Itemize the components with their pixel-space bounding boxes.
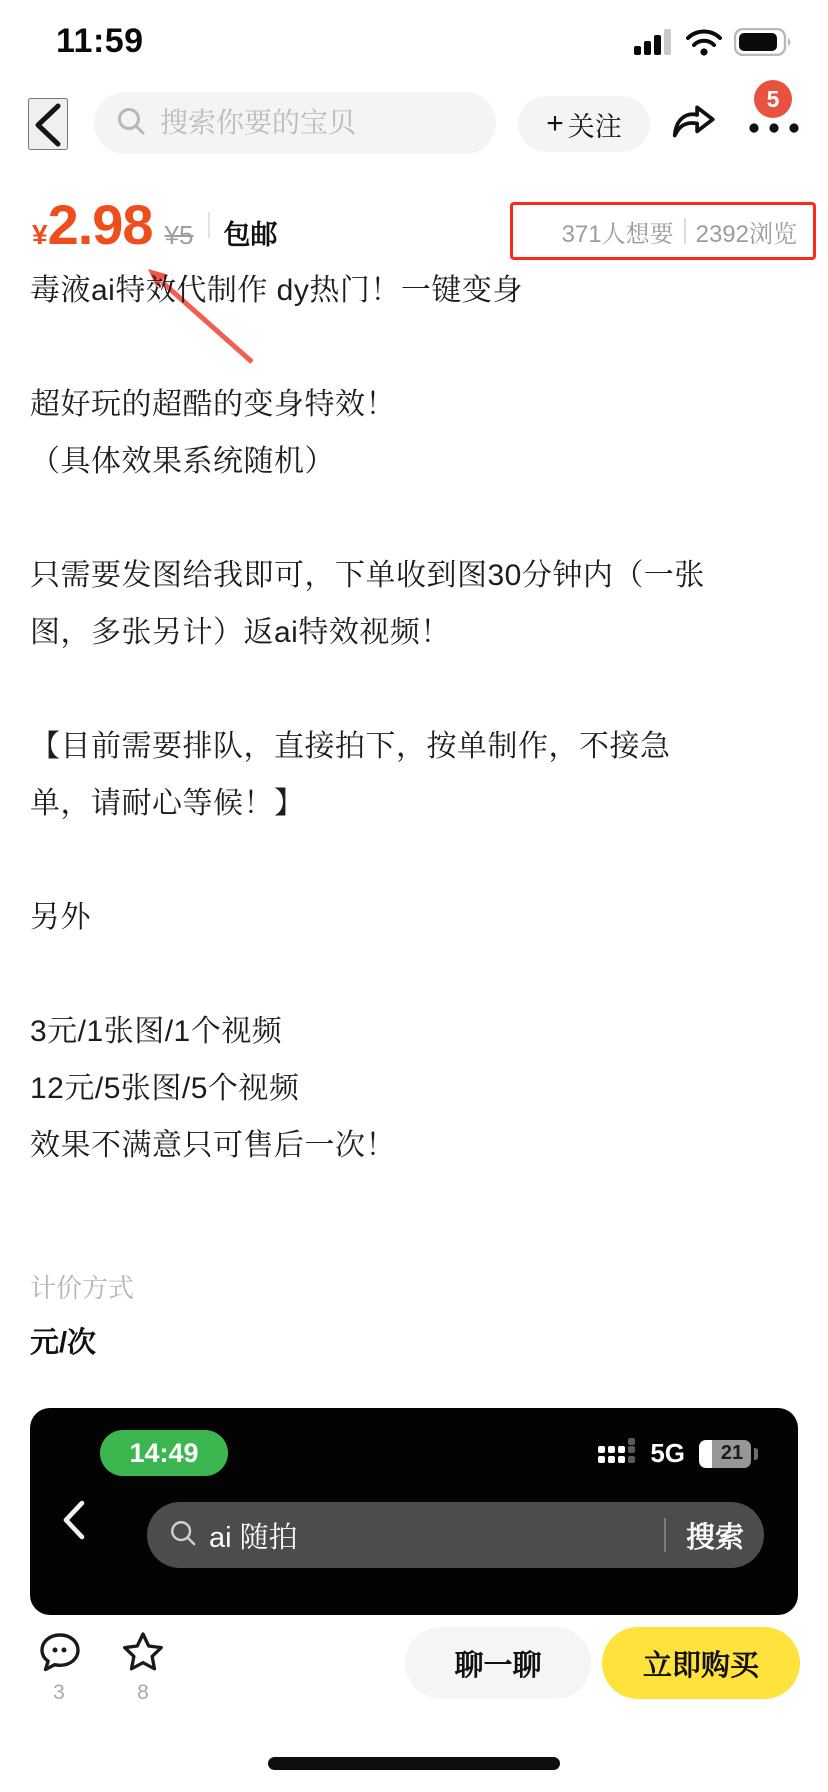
cellular-dots-icon [598, 1438, 636, 1469]
price-row: ¥ 2.98 ¥5 包邮 [32, 192, 278, 257]
status-icons [634, 28, 794, 61]
chevron-left-icon [30, 100, 66, 150]
search-icon [116, 106, 146, 141]
embedded-time-pill: 14:49 [100, 1430, 228, 1476]
divider [684, 218, 686, 244]
divider [208, 212, 210, 238]
original-price: ¥5 [165, 220, 194, 251]
favorite-count: 8 [137, 1681, 149, 1705]
pricing-method-label: 计价方式 [30, 1268, 134, 1305]
cellular-signal-icon [634, 29, 674, 60]
embedded-status-icons: 5G 21 [598, 1438, 758, 1469]
divider [664, 1518, 666, 1552]
product-image[interactable]: 14:49 5G 21 [30, 1408, 798, 1615]
price-amount: 2.98 [48, 192, 153, 257]
embedded-battery-icon: 21 [699, 1440, 751, 1468]
favorite-action[interactable]: 8 [108, 1629, 178, 1705]
embedded-battery-percent: 21 [713, 1440, 751, 1468]
ellipsis-icon [746, 121, 804, 135]
follow-button[interactable]: + 关注 [518, 96, 650, 152]
bottom-action-bar: 3 8 聊一聊 立即购买 [0, 1617, 828, 1792]
back-button[interactable] [28, 98, 68, 150]
embedded-search-bar: ai 随拍 搜索 [147, 1502, 764, 1568]
buy-now-button[interactable]: 立即购买 [602, 1627, 800, 1699]
message-action[interactable]: 3 [24, 1629, 94, 1705]
wifi-icon [686, 29, 722, 61]
battery-fill [699, 1440, 712, 1468]
stats-highlight-box: 371人想要 2392浏览 [510, 202, 816, 260]
views-count: 2392浏览 [696, 214, 797, 249]
notification-badge: 5 [754, 80, 792, 118]
star-icon [118, 1629, 168, 1677]
wants-count: 371人想要 [562, 214, 674, 249]
search-input[interactable] [160, 107, 521, 139]
search-bar[interactable] [94, 92, 496, 154]
status-time: 11:59 [56, 22, 144, 61]
search-icon [169, 1519, 197, 1552]
pricing-method-value: 元/次 [30, 1320, 96, 1361]
embedded-back-chevron-icon [60, 1498, 88, 1547]
product-description: 毒液ai特效代制作 dy热门！一键变身 超好玩的超酷的变身特效！ （具体效果系统… [30, 262, 730, 1174]
free-shipping-label: 包邮 [224, 213, 278, 252]
embedded-search-button: 搜索 [686, 1515, 744, 1556]
price-currency: ¥ [32, 219, 48, 251]
battery-nub [754, 1448, 758, 1460]
embedded-network-label: 5G [650, 1438, 685, 1469]
share-arrow-icon [669, 98, 719, 148]
embedded-search-query: ai 随拍 [209, 1515, 664, 1556]
chat-seller-button[interactable]: 聊一聊 [405, 1627, 591, 1699]
plus-icon: + [546, 107, 564, 141]
message-count: 3 [53, 1681, 65, 1705]
battery-icon [734, 28, 794, 61]
follow-label: 关注 [568, 105, 622, 144]
share-button[interactable] [668, 98, 720, 150]
chat-bubble-icon [35, 1629, 83, 1677]
product-page: 11:59 [0, 0, 828, 1792]
home-indicator[interactable] [268, 1757, 560, 1770]
